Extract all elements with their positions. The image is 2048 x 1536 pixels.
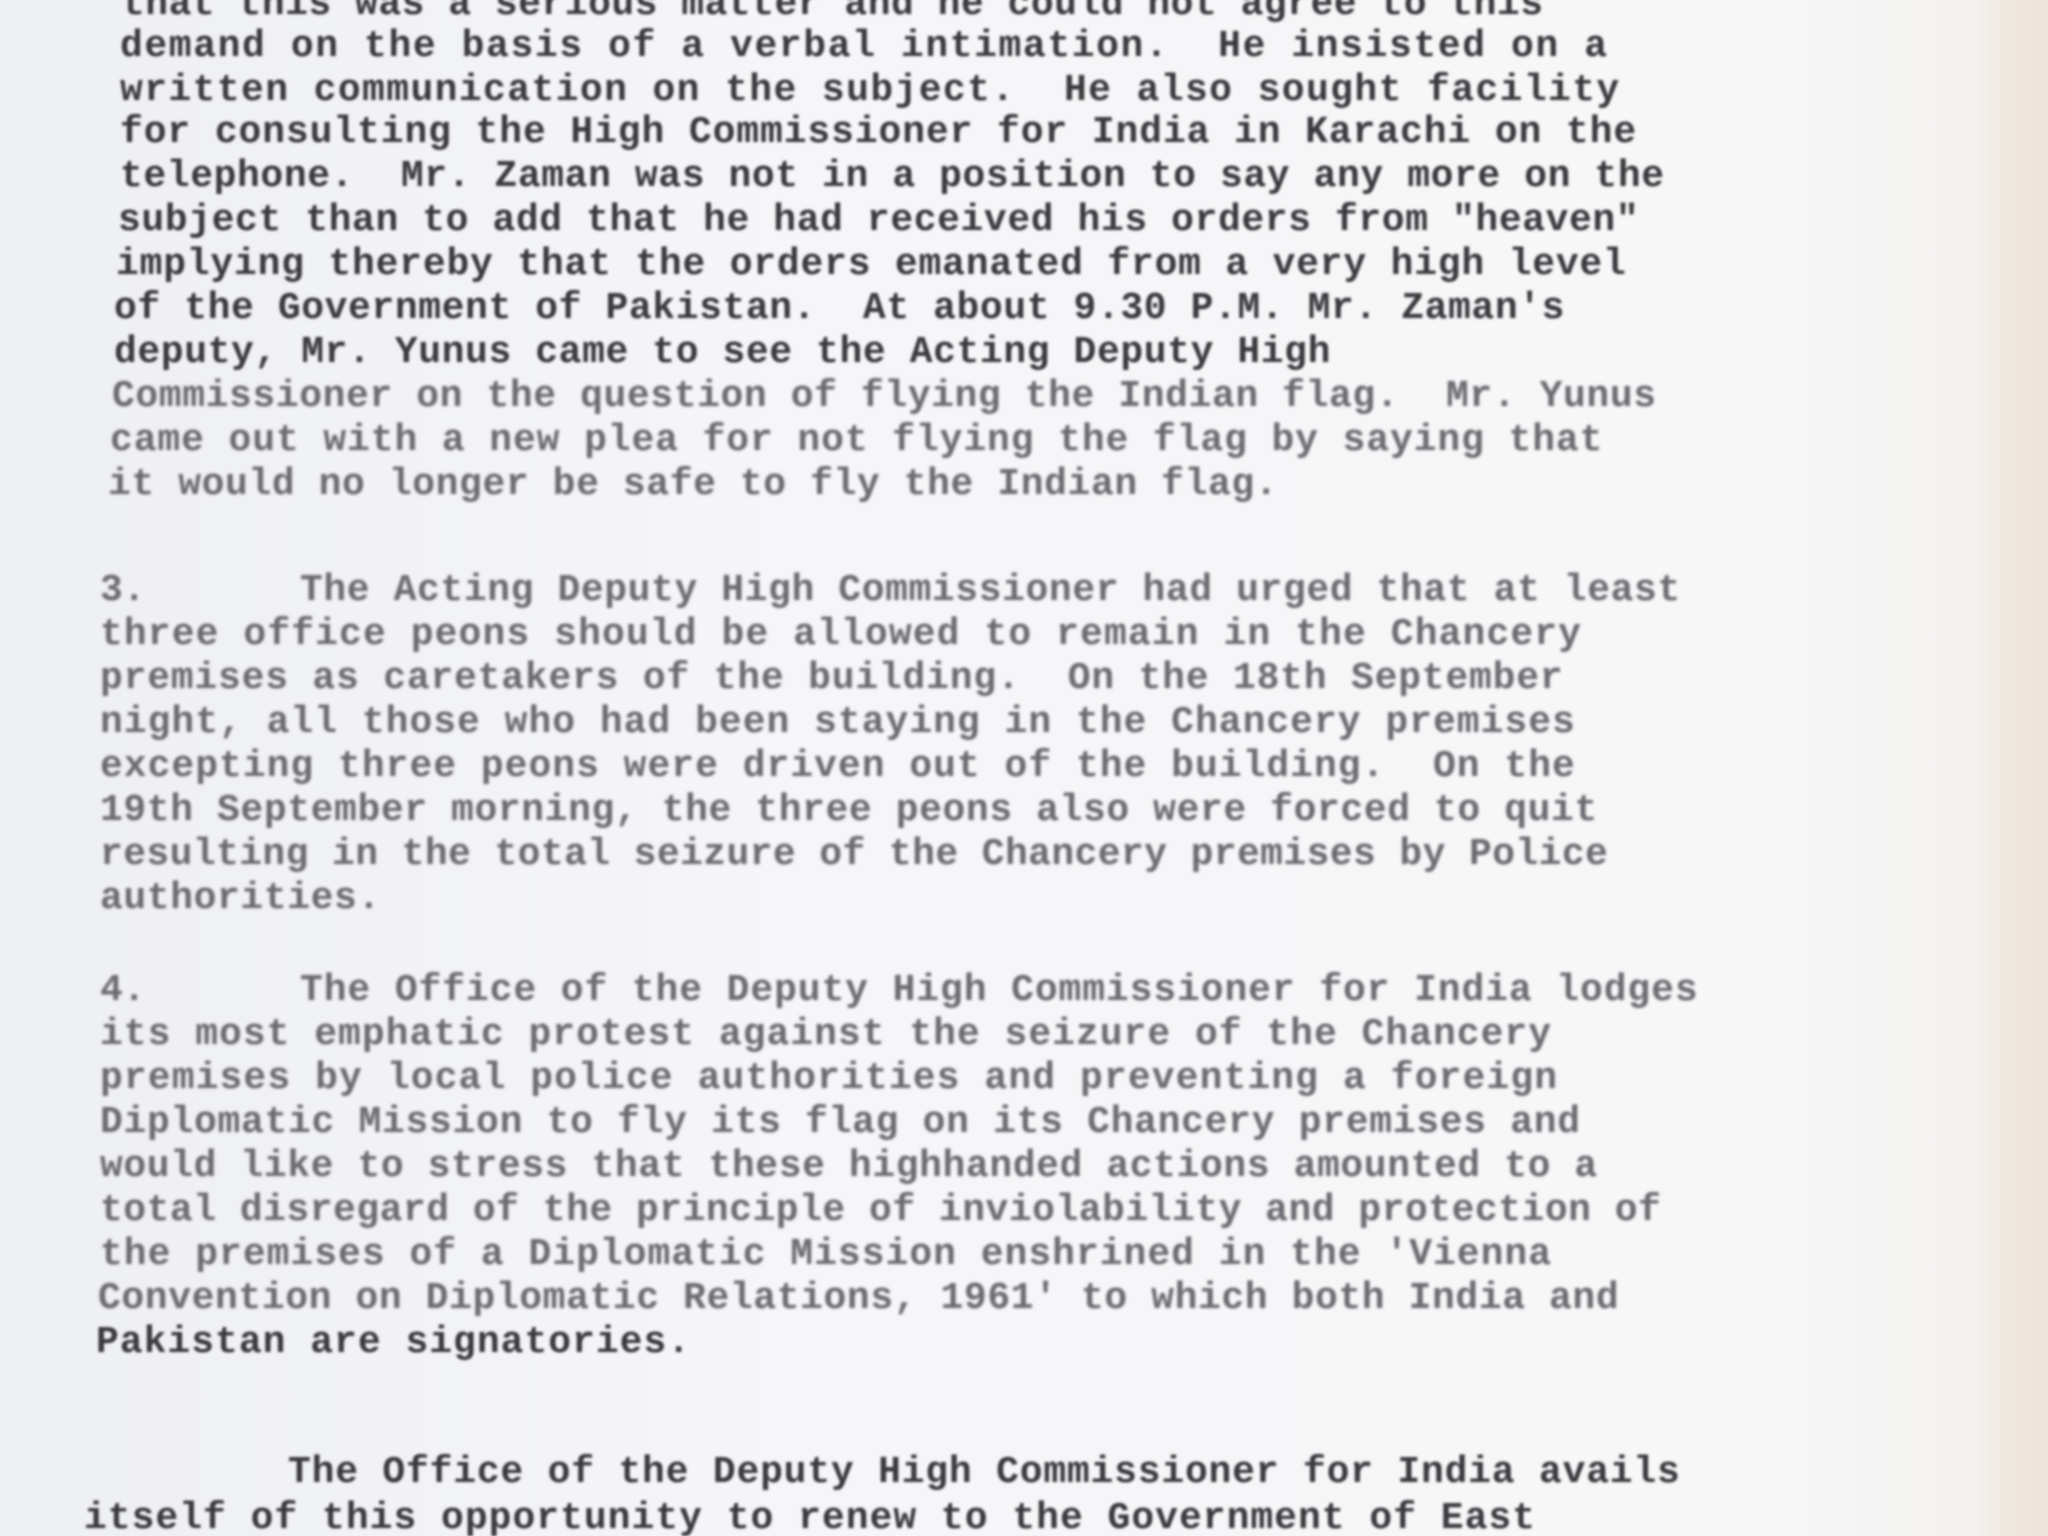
text-line: The Office of the Deputy High Commission… — [288, 1454, 1681, 1492]
text-line: implying thereby that the orders emanate… — [116, 246, 1627, 284]
text-line: that this was a serious matter and he co… — [122, 0, 1544, 24]
text-line: came out with a new plea for not flying … — [110, 422, 1603, 460]
text-line: authorities. — [100, 880, 381, 918]
text-line: its most emphatic protest against the se… — [100, 1016, 1552, 1054]
text-line: Diplomatic Mission to fly its flag on it… — [100, 1104, 1581, 1142]
paragraph-number: 3. — [100, 572, 146, 610]
text-line: subject than to add that he had received… — [118, 202, 1639, 240]
text-line: night, all those who had been staying in… — [100, 704, 1576, 742]
text-line: of the Government of Pakistan. At about … — [114, 290, 1565, 328]
text-line: total disregard of the principle of invi… — [100, 1192, 1661, 1230]
paragraph-number: 4. — [100, 972, 146, 1010]
paper-edge-shadow — [1978, 0, 2048, 1536]
text-line: Pakistan are signatories. — [96, 1324, 691, 1362]
text-line: itself of this opportunity to renew to t… — [84, 1500, 1536, 1536]
text-line: The Acting Deputy High Commissioner had … — [300, 572, 1681, 610]
text-line: 19th September morning, the three peons … — [100, 792, 1598, 830]
typewritten-document: that this was a serious matter and he co… — [0, 0, 2048, 1536]
text-line: for consulting the High Commissioner for… — [120, 114, 1637, 152]
text-line: excepting three peons were driven out of… — [100, 748, 1576, 786]
text-line: Convention on Diplomatic Relations, 1961… — [98, 1280, 1619, 1318]
text-line: The Office of the Deputy High Commission… — [300, 972, 1699, 1010]
text-line: deputy, Mr. Yunus came to see the Acting… — [114, 334, 1331, 372]
text-line: written communication on the subject. He… — [120, 72, 1621, 110]
text-line: telephone. Mr. Zaman was not in a positi… — [120, 158, 1665, 196]
text-line: premises by local police authorities and… — [100, 1060, 1558, 1098]
text-line: it would no longer be safe to fly the In… — [108, 466, 1278, 504]
text-line: premises as caretakers of the building. … — [100, 660, 1563, 698]
text-line: resulting in the total seizure of the Ch… — [100, 836, 1608, 874]
text-line: demand on the basis of a verbal intimati… — [120, 28, 1609, 66]
text-line: would like to stress that these highhand… — [100, 1148, 1598, 1186]
text-line: three office peons should be allowed to … — [100, 616, 1582, 654]
text-line: Commissioner on the question of flying t… — [112, 378, 1657, 416]
text-line: the premises of a Diplomatic Mission ens… — [100, 1236, 1552, 1274]
